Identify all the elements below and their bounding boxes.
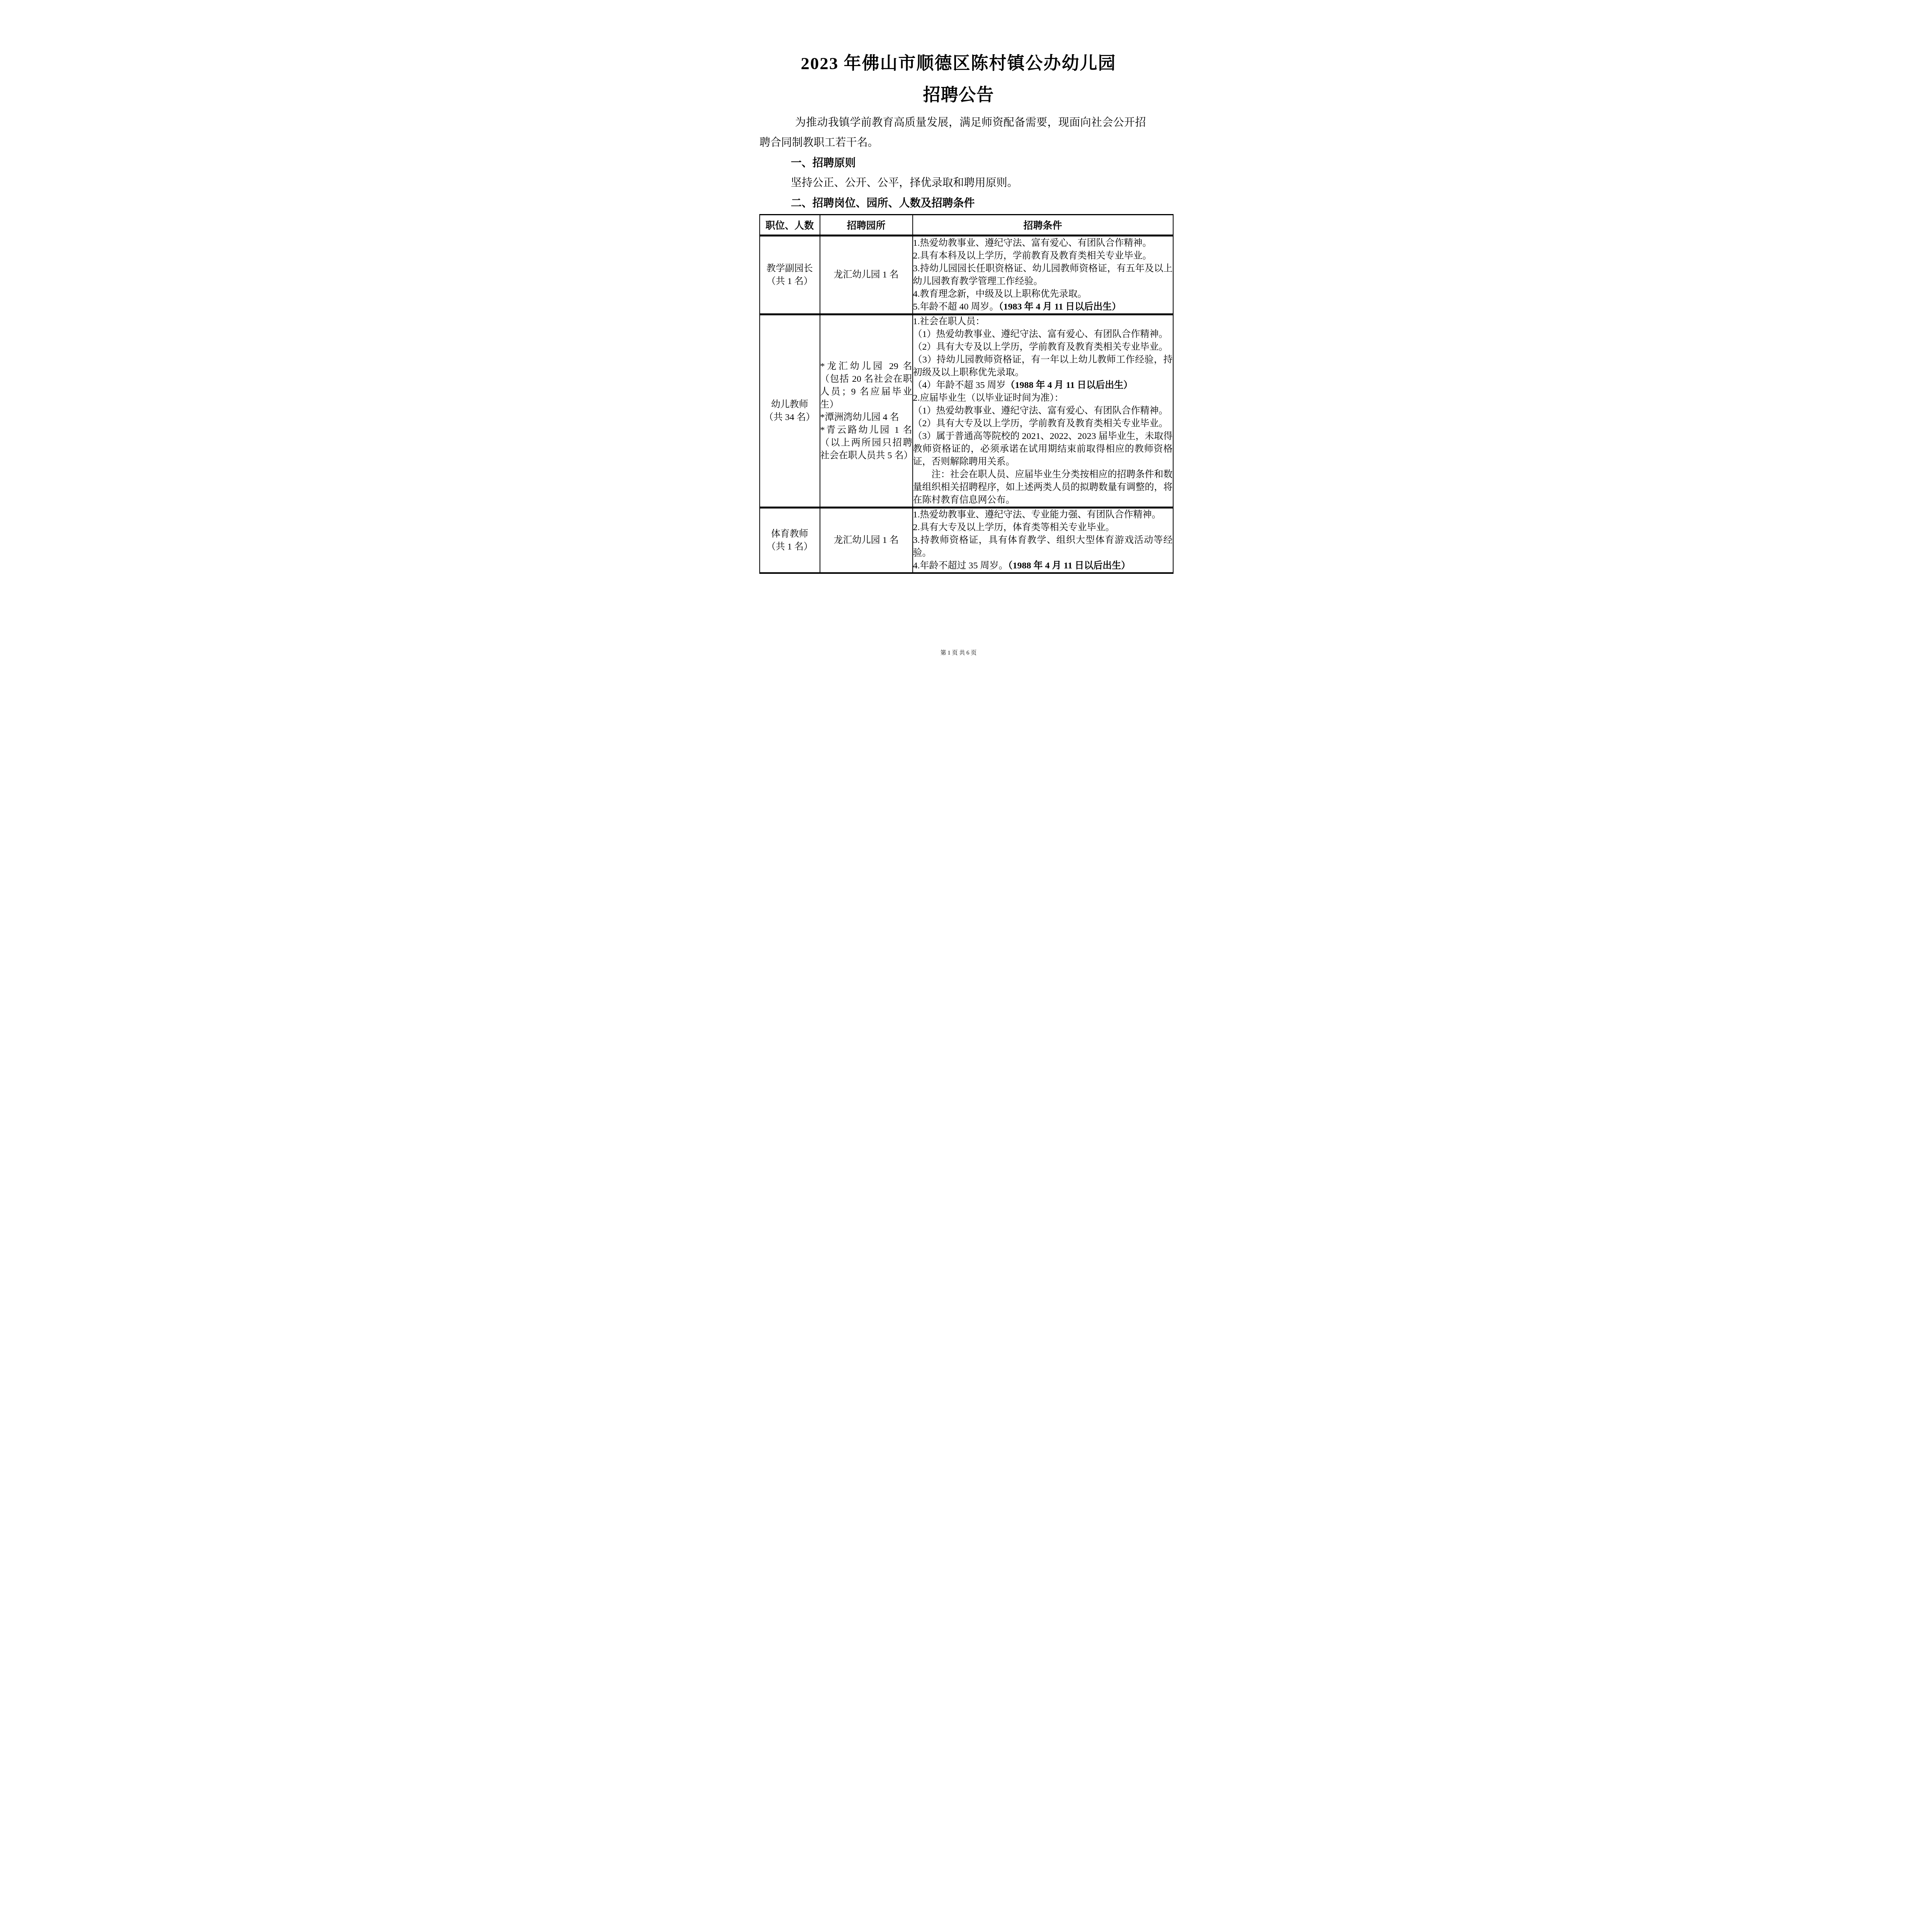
text-line: *潭洲湾幼儿园 4 名 bbox=[820, 411, 912, 424]
text-line: 5.年龄不超 40 周岁。（1983 年 4 月 11 日以后出生） bbox=[913, 301, 1173, 313]
table-header-row: 职位、人数 招聘园所 招聘条件 bbox=[760, 215, 1173, 236]
intro-paragraph: 为推动我镇学前教育高质量发展，满足师资配备需要，现面向社会公开招聘合同制教职工若… bbox=[760, 113, 1146, 153]
text-line: （2）具有大专及以上学历，学前教育及教育类相关专业毕业。 bbox=[913, 417, 1173, 430]
text-line: 龙汇幼儿园 1 名 bbox=[820, 269, 912, 281]
text-line: （共 1 名） bbox=[760, 541, 820, 553]
section2-heading: 二、招聘岗位、园所、人数及招聘条件 bbox=[791, 193, 1198, 213]
text-line: *青云路幼儿园 1 名（以上两所园只招聘社会在职人员共 5 名） bbox=[820, 424, 912, 462]
text-line: （1）热爱幼教事业、遵纪守法、富有爱心、有团队合作精神。 bbox=[913, 405, 1173, 417]
text-line: 1.热爱幼教事业、遵纪守法、专业能力强、有团队合作精神。 bbox=[913, 509, 1173, 521]
text-line: 1.热爱幼教事业、遵纪守法、富有爱心、有团队合作精神。 bbox=[913, 237, 1173, 250]
position-cell: 幼儿教师（共 34 名） bbox=[760, 315, 820, 508]
document-page: 2023 年佛山市顺德区陈村镇公办幼儿园 招聘公告 为推动我镇学前教育高质量发展… bbox=[719, 0, 1198, 678]
doc-title-line1: 2023 年佛山市顺德区陈村镇公办幼儿园 bbox=[719, 52, 1198, 75]
position-cell: 教学副园长（共 1 名） bbox=[760, 236, 820, 315]
table-row: 体育教师（共 1 名）龙汇幼儿园 1 名1.热爱幼教事业、遵纪守法、专业能力强、… bbox=[760, 508, 1173, 573]
text-line: （4）年龄不超 35 周岁（1988 年 4 月 11 日以后出生） bbox=[913, 379, 1173, 392]
section1-heading: 一、招聘原则 bbox=[791, 153, 1198, 173]
text-line: 2.具有本科及以上学历，学前教育及教育类相关专业毕业。 bbox=[913, 250, 1173, 262]
text-line: （共 34 名） bbox=[760, 411, 820, 424]
text-line: 1.社会在职人员： bbox=[913, 315, 1173, 328]
kindergarten-cell: 龙汇幼儿园 1 名 bbox=[820, 236, 913, 315]
col-header-conditions: 招聘条件 bbox=[913, 215, 1173, 236]
col-header-kindergarten: 招聘园所 bbox=[820, 215, 913, 236]
text-line: （3）持幼儿园教师资格证，有一年以上幼儿教师工作经验，持初级及以上职称优先录取。 bbox=[913, 354, 1173, 379]
text-line: （共 1 名） bbox=[760, 275, 820, 288]
doc-title-line2: 招聘公告 bbox=[719, 83, 1198, 107]
recruitment-table: 职位、人数 招聘园所 招聘条件 教学副园长（共 1 名）龙汇幼儿园 1 名1.热… bbox=[759, 214, 1174, 574]
text-line: 4.教育理念新，中级及以上职称优先录取。 bbox=[913, 288, 1173, 301]
table-row: 教学副园长（共 1 名）龙汇幼儿园 1 名1.热爱幼教事业、遵纪守法、富有爱心、… bbox=[760, 236, 1173, 315]
col-header-position: 职位、人数 bbox=[760, 215, 820, 236]
text-line: 龙汇幼儿园 1 名 bbox=[820, 534, 912, 547]
conditions-cell: 1.热爱幼教事业、遵纪守法、专业能力强、有团队合作精神。2.具有大专及以上学历，… bbox=[913, 508, 1173, 573]
table-body: 教学副园长（共 1 名）龙汇幼儿园 1 名1.热爱幼教事业、遵纪守法、富有爱心、… bbox=[760, 236, 1173, 573]
table-row: 幼儿教师（共 34 名）*龙汇幼儿园 29 名（包括 20 名社会在职人员；9 … bbox=[760, 315, 1173, 508]
kindergarten-cell: *龙汇幼儿园 29 名（包括 20 名社会在职人员；9 名应届毕业生）*潭洲湾幼… bbox=[820, 315, 913, 508]
text-line: 教学副园长 bbox=[760, 262, 820, 275]
text-line: 4.年龄不超过 35 周岁。（1988 年 4 月 11 日以后出生） bbox=[913, 560, 1173, 572]
text-line: （3）属于普通高等院校的 2021、2022、2023 届毕业生，未取得教师资格… bbox=[913, 430, 1173, 468]
page-number: 第 1 页 共 6 页 bbox=[719, 649, 1198, 657]
conditions-cell: 1.热爱幼教事业、遵纪守法、富有爱心、有团队合作精神。2.具有本科及以上学历，学… bbox=[913, 236, 1173, 315]
text-line: 2.具有大专及以上学历，体育类等相关专业毕业。 bbox=[913, 521, 1173, 534]
text-line: 3.持幼儿园园长任职资格证、幼儿园教师资格证，有五年及以上幼儿园教育教学管理工作… bbox=[913, 262, 1173, 288]
text-line: 幼儿教师 bbox=[760, 398, 820, 411]
kindergarten-cell: 龙汇幼儿园 1 名 bbox=[820, 508, 913, 573]
text-line: （1）热爱幼教事业、遵纪守法、富有爱心、有团队合作精神。 bbox=[913, 328, 1173, 341]
text-line: 体育教师 bbox=[760, 528, 820, 541]
conditions-cell: 1.社会在职人员：（1）热爱幼教事业、遵纪守法、富有爱心、有团队合作精神。（2）… bbox=[913, 315, 1173, 508]
text-line: （2）具有大专及以上学历，学前教育及教育类相关专业毕业。 bbox=[913, 341, 1173, 354]
text-line: 注：社会在职人员、应届毕业生分类按相应的招聘条件和数量组织相关招聘程序，如上述两… bbox=[913, 468, 1173, 507]
text-line: *龙汇幼儿园 29 名（包括 20 名社会在职人员；9 名应届毕业生） bbox=[820, 360, 912, 411]
position-cell: 体育教师（共 1 名） bbox=[760, 508, 820, 573]
section1-body: 坚持公正、公开、公平，择优录取和聘用原则。 bbox=[791, 173, 1173, 193]
text-line: 3.持教师资格证，具有体育教学、组织大型体育游戏活动等经验。 bbox=[913, 534, 1173, 560]
text-line: 2.应届毕业生（以毕业证时间为准）： bbox=[913, 392, 1173, 405]
